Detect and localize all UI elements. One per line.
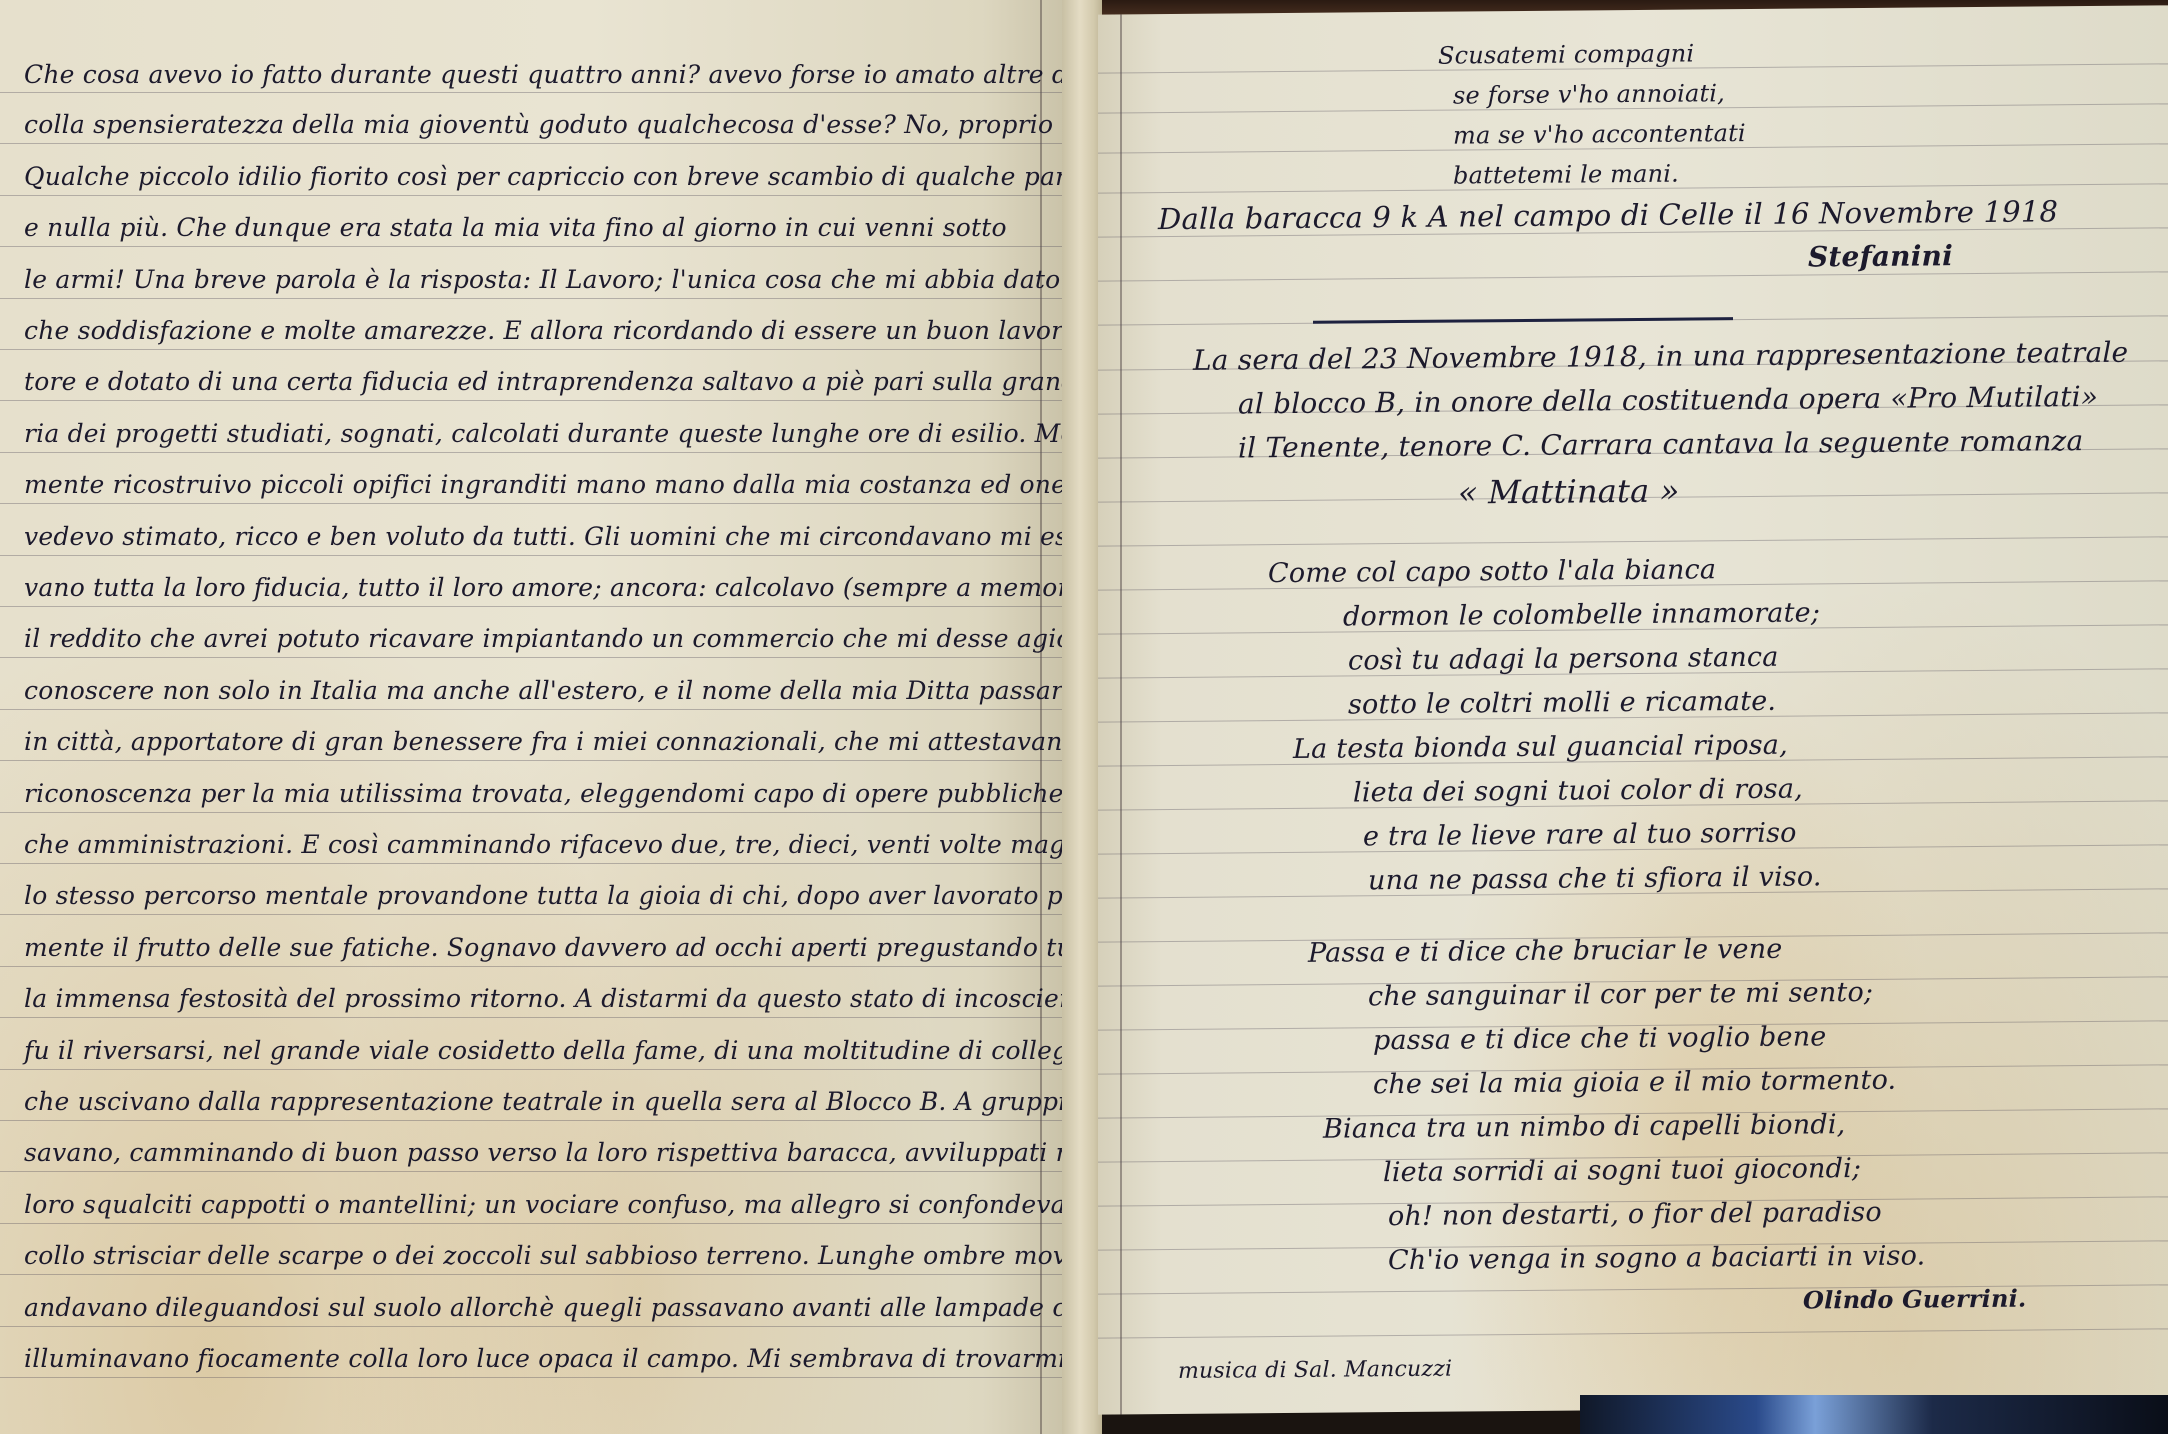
rule-line [0, 812, 1068, 813]
poem-author-signature: Olindo Guerrini. [1803, 1284, 2026, 1315]
poem-line: Passa e ti dice che bruciar le vene [1308, 934, 1782, 969]
handwritten-line: conoscere non solo in Italia ma anche al… [24, 676, 1068, 705]
poem-line: Come col capo sotto l'ala bianca [1268, 554, 1716, 589]
rule-line [0, 760, 1068, 761]
handwritten-line: savano, camminando di buon passo verso l… [24, 1138, 1068, 1167]
intro-line: al blocco B, in onore della costituenda … [1238, 380, 2098, 421]
notebook-spread: Che cosa avevo io fatto durante questi q… [0, 0, 2168, 1434]
rule-line [0, 1223, 1068, 1224]
poem-line: che sanguinar il cor per te mi sento; [1368, 977, 1873, 1012]
handwritten-line: illuminavano fiocamente colla loro luce … [24, 1344, 1066, 1373]
poem-line: lieta dei sogni tuoi color di rosa, [1353, 774, 1803, 809]
handwritten-line: il reddito che avrei potuto ricavare imp… [24, 624, 1068, 653]
handwritten-line: Che cosa avevo io fatto durante questi q… [24, 60, 1068, 89]
dedication-line: se forse v'ho annoiati, [1453, 79, 1725, 109]
handwritten-line: che amministrazioni. E così camminando r… [24, 830, 1068, 859]
poem-line: dormon le colombelle innamorate; [1343, 597, 1820, 632]
rule-line [0, 143, 1068, 144]
rule-line [0, 92, 1068, 93]
section-divider [1313, 317, 1733, 324]
rule-line [0, 863, 1068, 864]
rule-line [0, 1171, 1068, 1172]
poem-line: così tu adagi la persona stanca [1348, 642, 1779, 677]
poem-line: una ne passa che ti sfiora il viso. [1368, 861, 1822, 896]
rule-line [0, 914, 1068, 915]
rule-line [0, 1274, 1068, 1275]
poem-line: lieta sorridi ai sogni tuoi giocondi; [1383, 1153, 1861, 1188]
signature-stefanini: Stefanini [1808, 239, 1953, 273]
handwritten-line: Qualche piccolo idilio fiorito così per … [24, 162, 1068, 191]
rule-line [1098, 1328, 2168, 1338]
rule-line [0, 1069, 1068, 1070]
left-page: Che cosa avevo io fatto durante questi q… [0, 0, 1068, 1434]
handwritten-line: collo strisciar delle scarpe o dei zocco… [24, 1241, 1068, 1270]
background-surface [1580, 1395, 2168, 1434]
rule-line [0, 400, 1068, 401]
handwritten-line: che uscivano dalla rappresentazione teat… [24, 1087, 1068, 1116]
song-title: « Mattinata » [1458, 472, 1680, 512]
footer-music-note: musica di Sal. Mancuzzi [1178, 1357, 1452, 1384]
rule-line [0, 1120, 1068, 1121]
poem-line: oh! non destarti, o fior del paradiso [1388, 1197, 1882, 1232]
handwritten-line: che soddisfazione e molte amarezze. E al… [24, 316, 1068, 345]
dedication-line: Scusatemi compagni [1438, 39, 1694, 69]
handwritten-line: lo stesso percorso mentale provandone tu… [24, 881, 1068, 910]
rule-line [0, 709, 1068, 710]
rule-line [0, 195, 1068, 196]
rule-line [0, 1017, 1068, 1018]
dedication-line: ma se v'ho accontentati [1453, 119, 1746, 150]
handwritten-line: vano tutta la loro fiducia, tutto il lor… [24, 573, 1068, 602]
poem-line: La testa bionda sul guancial riposa, [1293, 730, 1788, 765]
rule-line [0, 555, 1068, 556]
rule-line [1098, 536, 2168, 546]
rule-line [1098, 271, 2168, 281]
poem-line: Ch'io venga in sogno a baciarti in viso. [1388, 1240, 1925, 1276]
handwritten-line: andavano dileguandosi sul suolo allorchè… [24, 1293, 1068, 1322]
rule-line [0, 349, 1068, 350]
handwritten-line: le armi! Una breve parola è la risposta:… [24, 265, 1068, 294]
handwritten-line: riconoscenza per la mia utilissima trova… [24, 779, 1068, 808]
rule-line [0, 452, 1068, 453]
handwritten-line: loro squalciti cappotti o mantellini; un… [24, 1190, 1066, 1219]
rule-line [0, 1377, 1068, 1378]
handwritten-line: ria dei progetti studiati, sognati, calc… [24, 419, 1068, 448]
rule-line [0, 1326, 1068, 1327]
rule-line [0, 657, 1068, 658]
rule-line [0, 246, 1068, 247]
handwritten-line: fu il riversarsi, nel grande viale cosid… [24, 1036, 1068, 1065]
handwritten-line: vedevo stimato, ricco e ben voluto da tu… [24, 522, 1068, 551]
book-gutter [1062, 0, 1102, 1434]
handwritten-line: la immensa festosità del prossimo ritorn… [24, 984, 1068, 1013]
poem-line: sotto le coltri molli e ricamate. [1348, 686, 1776, 721]
handwritten-line: colla spensieratezza della mia gioventù … [24, 110, 1068, 139]
handwritten-line: in città, apportatore di gran benessere … [24, 727, 1068, 756]
handwritten-line: e nulla più. Che dunque era stata la mia… [24, 213, 1007, 242]
dedication-line: battetemi le mani. [1453, 160, 1679, 190]
rule-line [0, 298, 1068, 299]
handwritten-line: mente il frutto delle sue fatiche. Sogna… [24, 933, 1068, 962]
poem-line: che sei la mia gioia e il mio tormento. [1373, 1065, 1896, 1101]
poem-line: passa e ti dice che ti voglio bene [1373, 1021, 1826, 1056]
poem-line: e tra le lieve rare al tuo sorriso [1363, 818, 1797, 853]
poem-line: Bianca tra un nimbo di capelli biondi, [1323, 1109, 1845, 1145]
rule-line [0, 606, 1068, 607]
intro-line: La sera del 23 Novembre 1918, in una rap… [1193, 336, 2128, 377]
rule-line [0, 503, 1068, 504]
handwritten-line: tore e dotato di una certa fiducia ed in… [24, 367, 1068, 396]
intro-line: il Tenente, tenore C. Carrara cantava la… [1238, 424, 2083, 464]
right-page: Scusatemi compagni se forse v'ho annoiat… [1098, 5, 2168, 1414]
handwritten-line: mente ricostruivo piccoli opifici ingran… [24, 470, 1068, 499]
rule-line [0, 966, 1068, 967]
